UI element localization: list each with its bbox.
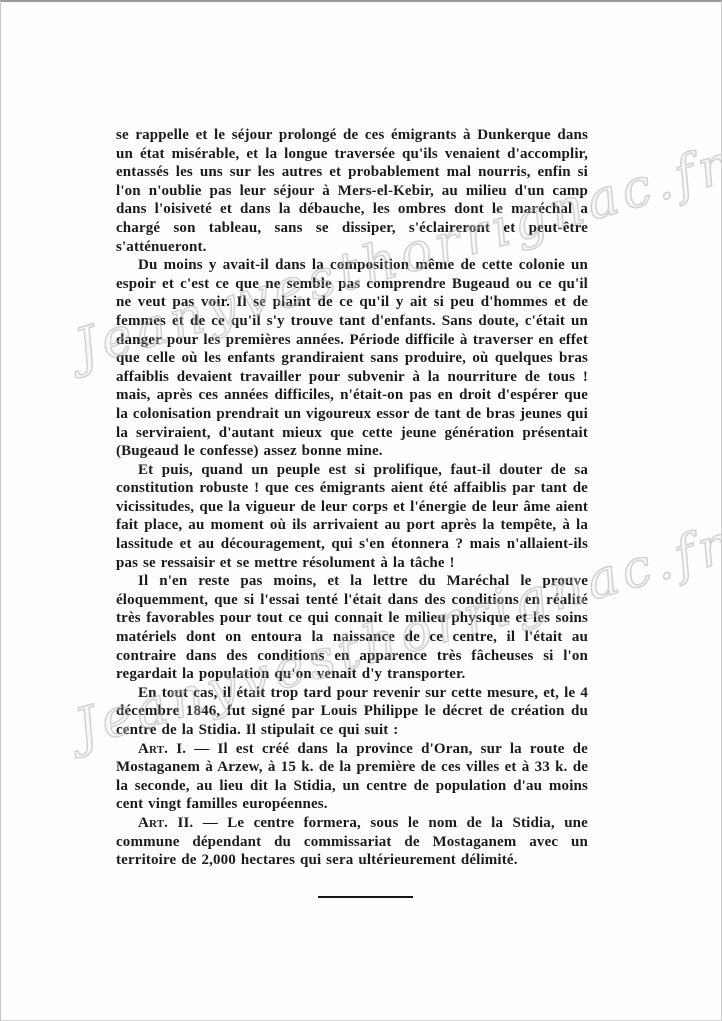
paragraph-3: Et puis, quand un peuple est si prolifiq… <box>116 461 588 573</box>
body-text: se rappelle et le séjour prolongé de ces… <box>116 126 588 870</box>
paragraph-4: Il n'en reste pas moins, et la lettre du… <box>116 572 588 684</box>
paragraph-1: se rappelle et le séjour prolongé de ces… <box>116 126 588 256</box>
article-2-label: Art. II. <box>138 815 193 831</box>
paragraph-article-2: Art. II. — Le centre formera, sous le no… <box>116 814 588 870</box>
paragraph-2: Du moins y avait-il dans la composition … <box>116 256 588 461</box>
article-1-text: — Il est créé dans la province d'Oran, s… <box>116 741 588 813</box>
scanned-book-page: { "page": { "background_color": "#fefefe… <box>0 0 722 1021</box>
article-1-label: Art. I. <box>138 741 186 757</box>
paragraph-article-1: Art. I. — Il est créé dans la province d… <box>116 740 588 814</box>
section-divider <box>318 896 413 898</box>
paragraph-5: En tout cas, il était trop tard pour rev… <box>116 684 588 740</box>
